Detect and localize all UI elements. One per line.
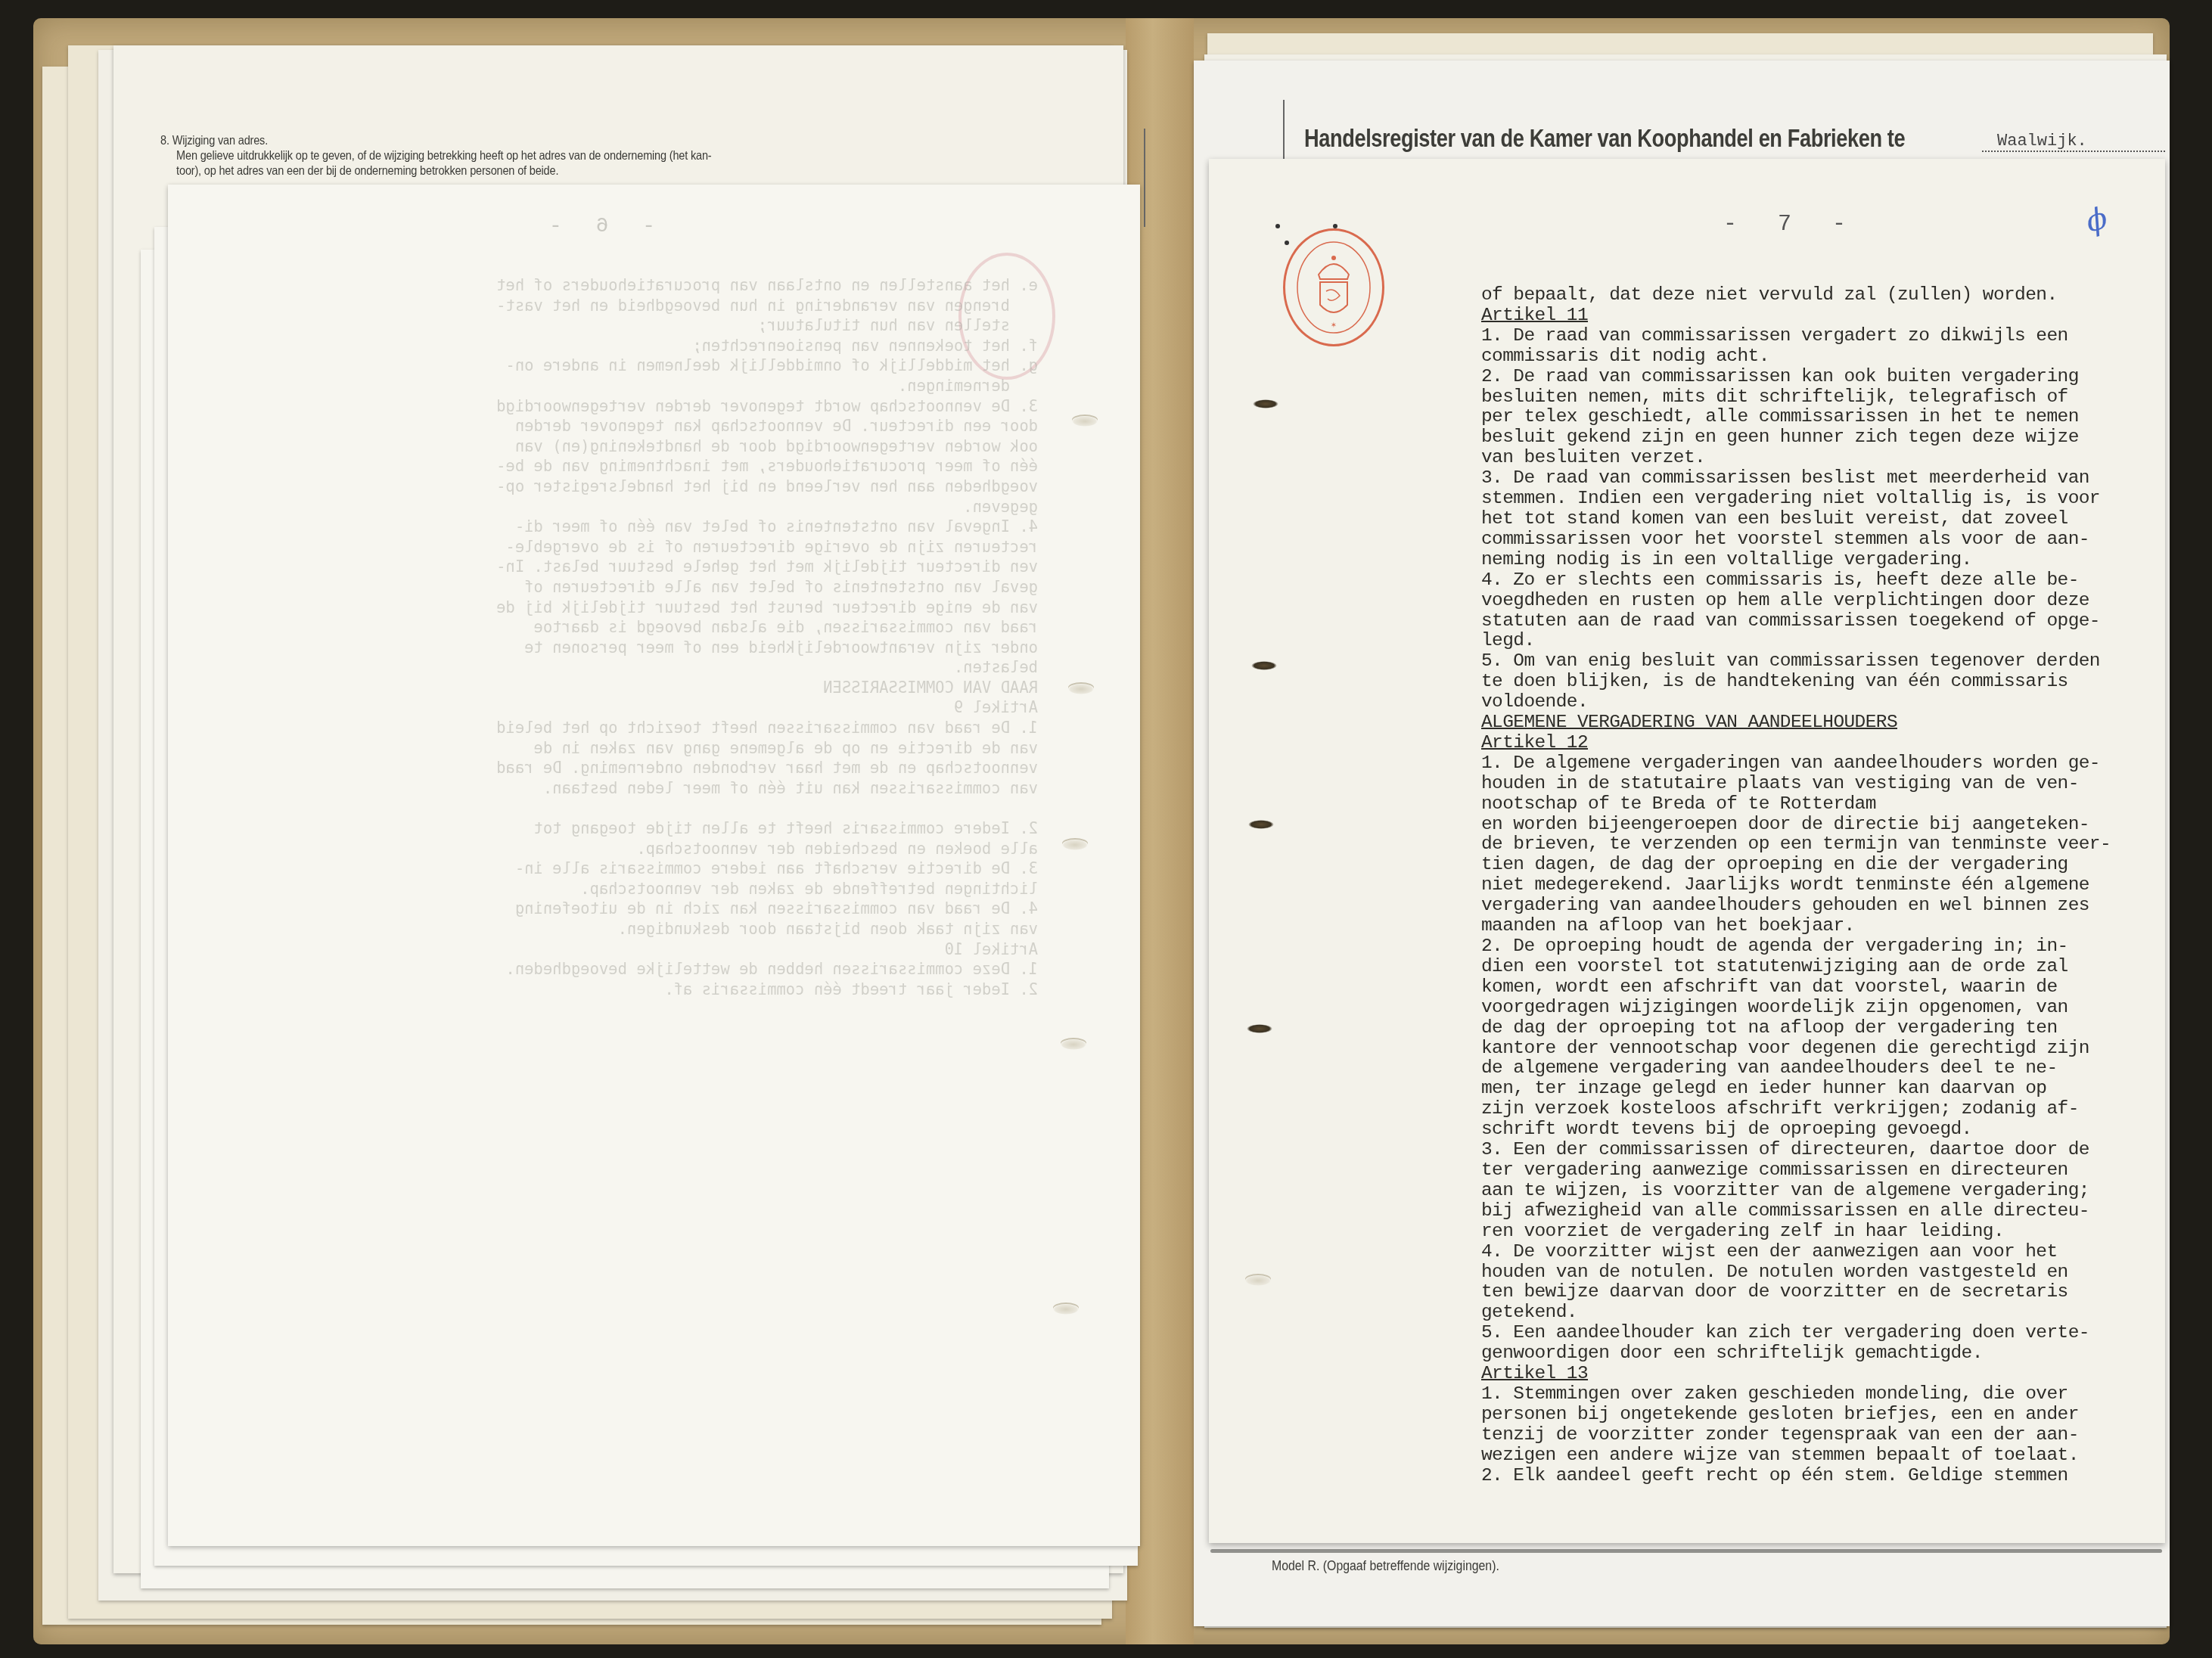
text-line: ren voorziet de vergadering zelf in haar…: [1481, 1222, 2162, 1243]
punch-hole: [1245, 1275, 1271, 1286]
section-heading: ALGEMENE VERGADERING VAN AANDEELHOUDERS: [1481, 713, 2162, 734]
text-line: besluiten nemen, mits dit schriftelijk, …: [1481, 388, 2162, 408]
text-line: 2. Elk aandeel geeft recht op één stem. …: [1481, 1467, 2162, 1487]
punch-hole: [1072, 416, 1098, 427]
text-line: besluit gekend zijn en geen hunner zich …: [1481, 428, 2162, 449]
punch-hole: [1062, 840, 1088, 850]
text-line: voorgedragen wijzigingen woordelijk zijn…: [1481, 998, 2162, 1019]
text-line: vergadering van aandeelhouders gehouden …: [1481, 896, 2162, 917]
text-line: 3. Een der commissarissen of directeuren…: [1481, 1141, 2162, 1161]
notary-seal-icon: ✶: [1283, 228, 1384, 346]
bleed-through-text: e. het aanstellen en ontslaan van procur…: [281, 275, 1038, 999]
text-line: niet medegerekend. Jaarlijks wordt tenmi…: [1481, 876, 2162, 896]
section-heading: Artikel 11: [1481, 306, 2162, 327]
form-header-place: Waalwijk.: [1982, 132, 2165, 152]
text-line: 3. De raad van commissarissen beslist me…: [1481, 469, 2162, 489]
punch-hole: [1061, 1039, 1086, 1050]
text-line: tenzij de voorzitter zonder tegenspraak …: [1481, 1426, 2162, 1446]
bleed-through-page-number: - 6 -: [539, 215, 655, 238]
text-line: te doen blijken, is de handtekening van …: [1481, 672, 2162, 693]
section-heading: Artikel 12: [1481, 734, 2162, 754]
section-heading: Artikel 13: [1481, 1365, 2162, 1385]
text-line: 5. Een aandeelhouder kan zich ter vergad…: [1481, 1324, 2162, 1344]
text-line: wezigen een andere wijze van stemmen bep…: [1481, 1446, 2162, 1467]
text-line: genwoordigen door een schriftelijk gemac…: [1481, 1344, 2162, 1365]
text-line: dien een voorstel tot statutenwijziging …: [1481, 958, 2162, 978]
text-line: 1. De algemene vergaderingen van aandeel…: [1481, 754, 2162, 775]
form-section-address-change: 8. Wijziging van adres. Men gelieve uitd…: [160, 133, 986, 179]
statute-text: of bepaalt, dat deze niet vervuld zal (z…: [1481, 286, 2162, 1486]
text-line: commissarissen voor het voorstel stemmen…: [1481, 530, 2162, 551]
form-header-title: Handelsregister van de Kamer van Koophan…: [1304, 124, 1905, 154]
text-line: het tot stand komen van een besluit vere…: [1481, 510, 2162, 530]
text-line: nootschap of te Breda of te Rotterdam: [1481, 795, 2162, 815]
text-line: voldoende.: [1481, 693, 2162, 713]
text-line: de algemene vergadering van aandeelhoude…: [1481, 1059, 2162, 1079]
crest-icon: ✶: [1285, 231, 1382, 344]
punch-hole: [1068, 684, 1094, 694]
text-line: 1. Stemmingen over zaken geschieden mond…: [1481, 1385, 2162, 1405]
text-line: 4. Zo er slechts een commissaris is, hee…: [1481, 571, 2162, 591]
text-line: ter vergadering aanwezige commissarissen…: [1481, 1161, 2162, 1181]
right-typed-page: - 7 - ϕ ✶ of bepaalt, dat deze niet verv…: [1209, 159, 2165, 1543]
svg-text:✶: ✶: [1331, 321, 1337, 330]
text-line: de dag der oproeping tot na afloop der v…: [1481, 1019, 2162, 1039]
text-line: tien dagen, de dag der oproeping en die …: [1481, 855, 2162, 876]
form-footer: Model R. (Opgaaf betreffende wijzigingen…: [1272, 1558, 1499, 1574]
text-line: ten bewijze daarvan door de voorzitter e…: [1481, 1283, 2162, 1303]
text-line: komen, wordt een afschrift van dat voors…: [1481, 978, 2162, 998]
text-line: voegdheden en rusten op hem alle verplic…: [1481, 591, 2162, 612]
form-frame-line: [1144, 129, 1145, 227]
text-line: 2. De oproeping houdt de agenda der verg…: [1481, 937, 2162, 958]
text-line: 4. De voorzitter wijst een der aanwezige…: [1481, 1243, 2162, 1263]
form-item-heading: 8. Wijziging van adres.: [160, 134, 268, 147]
text-line: 1. De raad van commissarissen vergadert …: [1481, 327, 2162, 347]
punch-hole: [1248, 820, 1274, 829]
punch-hole: [1053, 1304, 1079, 1315]
page-number: - 7 -: [1723, 212, 1859, 238]
text-line: men, ter inzage gelegd en ieder hunner k…: [1481, 1079, 2162, 1100]
text-line: maanden na afloop van het boekjaar.: [1481, 917, 2162, 937]
text-line: legd.: [1481, 632, 2162, 652]
text-line: de brieven, te verzenden op een termijn …: [1481, 835, 2162, 855]
text-line: neming nodig is in een voltallige vergad…: [1481, 551, 2162, 571]
form-item-line: Men gelieve uitdrukkelijk op te geven, o…: [160, 148, 986, 163]
text-line: commissaris dit nodig acht.: [1481, 347, 2162, 368]
page-edge-shadow: [1210, 1549, 2162, 1553]
punch-hole: [1247, 1024, 1272, 1033]
text-line: zijn verzoek kosteloos afschrift verkrij…: [1481, 1100, 2162, 1120]
text-line: houden in de statutaire plaats van vesti…: [1481, 775, 2162, 795]
text-line: 2. De raad van commissarissen kan ook bu…: [1481, 368, 2162, 388]
punch-hole: [1251, 661, 1277, 670]
text-line: houden van de notulen. De notulen worden…: [1481, 1263, 2162, 1284]
text-line: schrift wordt tevens bij de oproeping ge…: [1481, 1120, 2162, 1141]
text-line: statuten aan de raad van commissarissen …: [1481, 612, 2162, 632]
handwritten-initials: ϕ: [2083, 200, 2111, 239]
text-line: of bepaalt, dat deze niet vervuld zal (z…: [1481, 286, 2162, 306]
text-line: personen bij ongetekende gesloten briefj…: [1481, 1405, 2162, 1426]
text-line: kantore der vennootschap voor degenen di…: [1481, 1039, 2162, 1060]
text-line: van besluiten verzet.: [1481, 449, 2162, 469]
text-line: getekend.: [1481, 1303, 2162, 1324]
pin-mark: [1275, 224, 1280, 228]
form-item-line: toor), op het adres van een der bij de o…: [160, 163, 986, 179]
text-line: en worden bijeengeroepen door de directi…: [1481, 815, 2162, 836]
text-line: aan te wijzen, is voorzitter van de alge…: [1481, 1181, 2162, 1202]
left-typed-page-reverse: - 6 - e. het aanstellen en ontslaan van …: [168, 185, 1140, 1546]
text-line: stemmen. Indien een vergadering niet vol…: [1481, 489, 2162, 510]
text-line: bij afwezigheid van alle commissarissen …: [1481, 1202, 2162, 1222]
text-line: per telex geschiedt, alle commissarissen…: [1481, 408, 2162, 428]
text-line: 5. Om van enig besluit van commissarisse…: [1481, 652, 2162, 672]
punch-hole: [1253, 399, 1278, 408]
